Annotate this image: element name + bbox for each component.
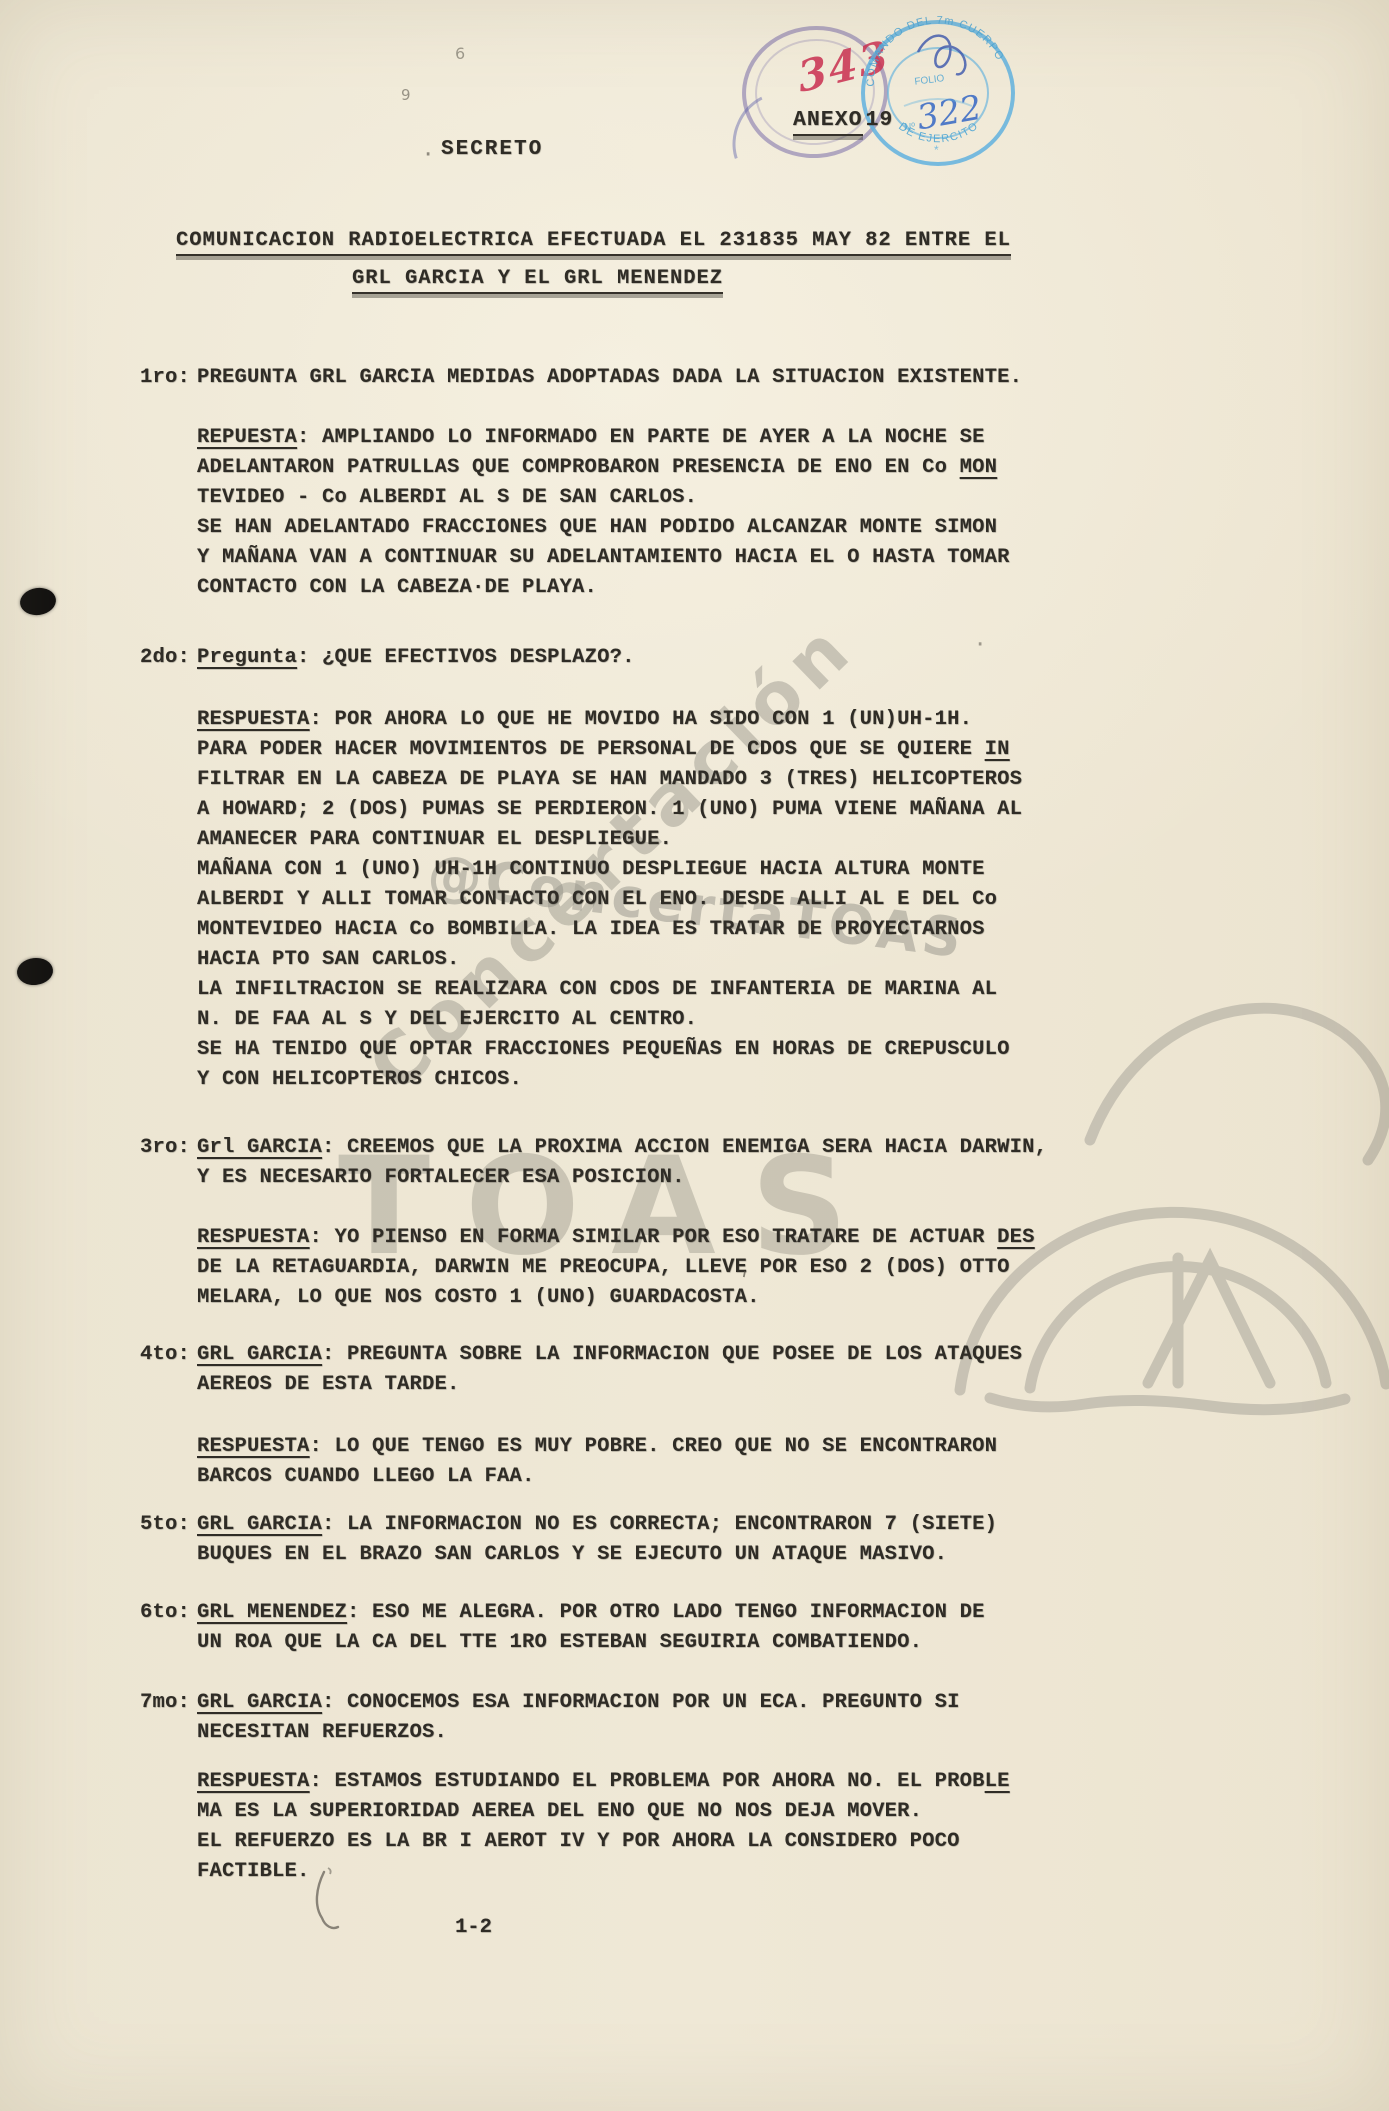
paragraph: RESPUESTA: LO QUE TENGO ES MUY POBRE. CR… bbox=[197, 1432, 1077, 1492]
section-number: 2do: bbox=[140, 643, 190, 673]
paragraph: REPUESTA: AMPLIANDO LO INFORMADO EN PART… bbox=[197, 423, 1077, 603]
scanned-document-page: 6 9 · · SECRETO 343 COMANDO DEL 7m CUERP… bbox=[0, 0, 1389, 2111]
stray-mark: · bbox=[424, 140, 432, 170]
typed-line: AEREOS DE ESTA TARDE. bbox=[197, 1370, 1077, 1400]
typed-line: Pregunta: ¿QUE EFECTIVOS DESPLAZO?. bbox=[197, 643, 1077, 673]
typed-line: RESPUESTA: YO PIENSO EN FORMA SIMILAR PO… bbox=[197, 1223, 1077, 1253]
typed-line: PARA PODER HACER MOVIMIENTOS DE PERSONAL… bbox=[197, 735, 1077, 765]
typed-line: TEVIDEO - Co ALBERDI AL S DE SAN CARLOS. bbox=[197, 483, 1077, 513]
typed-line: MELARA, LO QUE NOS COSTO 1 (UNO) GUARDAC… bbox=[197, 1283, 1077, 1313]
stamp-star: * bbox=[934, 143, 939, 157]
annex-word: ANEXO bbox=[793, 108, 863, 136]
document-title-line1: COMUNICACION RADIOELECTRICA EFECTUADA EL… bbox=[176, 229, 1011, 256]
typed-line: CONTACTO CON LA CABEZA·DE PLAYA. bbox=[197, 573, 1077, 603]
section-number: 3ro: bbox=[140, 1133, 190, 1163]
typed-line: RESPUESTA: LO QUE TENGO ES MUY POBRE. CR… bbox=[197, 1432, 1077, 1462]
stamp-signature-flourish bbox=[918, 36, 965, 75]
pencil-squiggle bbox=[298, 1866, 350, 1938]
typed-line: BARCOS CUANDO LLEGO LA FAA. bbox=[197, 1462, 1077, 1492]
typed-line: Y CON HELICOPTEROS CHICOS. bbox=[197, 1065, 1077, 1095]
section-number: 7mo: bbox=[140, 1688, 190, 1718]
stray-mark: 6 bbox=[455, 44, 465, 63]
typed-line: N. DE FAA AL S Y DEL EJERCITO AL CENTRO. bbox=[197, 1005, 1077, 1035]
oval-command-stamp: COMANDO DEL 7m CUERPO DE EJERCITO FOLIO … bbox=[856, 14, 1022, 170]
paragraph: Pregunta: ¿QUE EFECTIVOS DESPLAZO?. bbox=[197, 643, 1077, 673]
typed-line: GRL GARCIA: PREGUNTA SOBRE LA INFORMACIO… bbox=[197, 1340, 1077, 1370]
annex-number: 19 bbox=[866, 108, 894, 132]
typed-line: FILTRAR EN LA CABEZA DE PLAYA SE HAN MAN… bbox=[197, 765, 1077, 795]
stray-mark: 9 bbox=[401, 86, 411, 104]
typed-line: SE HA TENIDO QUE OPTAR FRACCIONES PEQUEÑ… bbox=[197, 1035, 1077, 1065]
document-title-line2: GRL GARCIA Y EL GRL MENENDEZ bbox=[352, 267, 723, 294]
typed-line: DE LA RETAGUARDIA, DARWIN ME PREOCUPA, L… bbox=[197, 1253, 1077, 1283]
typed-line: Y ES NECESARIO FORTALECER ESA POSICION. bbox=[197, 1163, 1077, 1193]
typed-line: MAÑANA CON 1 (UNO) UH-1H CONTINUO DESPLI… bbox=[197, 855, 1077, 885]
typed-line: PREGUNTA GRL GARCIA MEDIDAS ADOPTADAS DA… bbox=[197, 363, 1077, 393]
section-number: 5to: bbox=[140, 1510, 190, 1540]
classification-label: SECRETO bbox=[441, 138, 543, 161]
section-number: 4to: bbox=[140, 1340, 190, 1370]
typed-line: GRL MENENDEZ: ESO ME ALEGRA. POR OTRO LA… bbox=[197, 1598, 1077, 1628]
typed-line: GRL GARCIA: LA INFORMACION NO ES CORRECT… bbox=[197, 1510, 1077, 1540]
typed-line: MONTEVIDEO HACIA Co BOMBILLA. LA IDEA ES… bbox=[197, 915, 1077, 945]
hole-punch-mark bbox=[18, 586, 57, 618]
paragraph: RESPUESTA: YO PIENSO EN FORMA SIMILAR PO… bbox=[197, 1223, 1077, 1313]
section-number: 1ro: bbox=[140, 363, 190, 393]
paragraph: GRL GARCIA: PREGUNTA SOBRE LA INFORMACIO… bbox=[197, 1340, 1077, 1400]
typed-line: EL REFUERZO ES LA BR I AEROT IV Y POR AH… bbox=[197, 1827, 1077, 1857]
typed-line: BUQUES EN EL BRAZO SAN CARLOS Y SE EJECU… bbox=[197, 1540, 1077, 1570]
paragraph: GRL GARCIA: LA INFORMACION NO ES CORRECT… bbox=[197, 1510, 1077, 1570]
typed-line: HACIA PTO SAN CARLOS. bbox=[197, 945, 1077, 975]
typed-line: LA INFILTRACION SE REALIZARA CON CDOS DE… bbox=[197, 975, 1077, 1005]
typed-line: MA ES LA SUPERIORIDAD AEREA DEL ENO QUE … bbox=[197, 1797, 1077, 1827]
typed-line: Y MAÑANA VAN A CONTINUAR SU ADELANTAMIEN… bbox=[197, 543, 1077, 573]
stamp-n-label: Nº bbox=[904, 122, 915, 133]
typed-line: REPUESTA: AMPLIANDO LO INFORMADO EN PART… bbox=[197, 423, 1077, 453]
typed-line: AMANECER PARA CONTINUAR EL DESPLIEGUE. bbox=[197, 825, 1077, 855]
typed-line: A HOWARD; 2 (DOS) PUMAS SE PERDIERON. 1 … bbox=[197, 795, 1077, 825]
typed-line: ALBERDI Y ALLI TOMAR CONTACTO CON EL ENO… bbox=[197, 885, 1077, 915]
paragraph: PREGUNTA GRL GARCIA MEDIDAS ADOPTADAS DA… bbox=[197, 363, 1077, 393]
typed-line: UN ROA QUE LA CA DEL TTE 1RO ESTEBAN SEG… bbox=[197, 1628, 1077, 1658]
typed-line: RESPUESTA: ESTAMOS ESTUDIANDO EL PROBLEM… bbox=[197, 1767, 1077, 1797]
section-number: 6to: bbox=[140, 1598, 190, 1628]
typed-line: NECESITAN REFUERZOS. bbox=[197, 1718, 1077, 1748]
hole-punch-mark bbox=[16, 956, 55, 987]
paragraph: RESPUESTA: POR AHORA LO QUE HE MOVIDO HA… bbox=[197, 705, 1077, 1095]
page-number: 1-2 bbox=[455, 1916, 492, 1939]
stamp-folio-label: FOLIO bbox=[914, 73, 945, 88]
paragraph: GRL MENENDEZ: ESO ME ALEGRA. POR OTRO LA… bbox=[197, 1598, 1077, 1658]
paragraph: GRL GARCIA: CONOCEMOS ESA INFORMACION PO… bbox=[197, 1688, 1077, 1748]
annex-label: ANEXO19 bbox=[793, 108, 893, 132]
typed-line: GRL GARCIA: CONOCEMOS ESA INFORMACION PO… bbox=[197, 1688, 1077, 1718]
typed-line: ADELANTARON PATRULLAS QUE COMPROBARON PR… bbox=[197, 453, 1077, 483]
typed-line: RESPUESTA: POR AHORA LO QUE HE MOVIDO HA… bbox=[197, 705, 1077, 735]
paragraph: Grl GARCIA: CREEMOS QUE LA PROXIMA ACCIO… bbox=[197, 1133, 1077, 1193]
typed-line: Grl GARCIA: CREEMOS QUE LA PROXIMA ACCIO… bbox=[197, 1133, 1077, 1163]
typed-line: SE HAN ADELANTADO FRACCIONES QUE HAN POD… bbox=[197, 513, 1077, 543]
